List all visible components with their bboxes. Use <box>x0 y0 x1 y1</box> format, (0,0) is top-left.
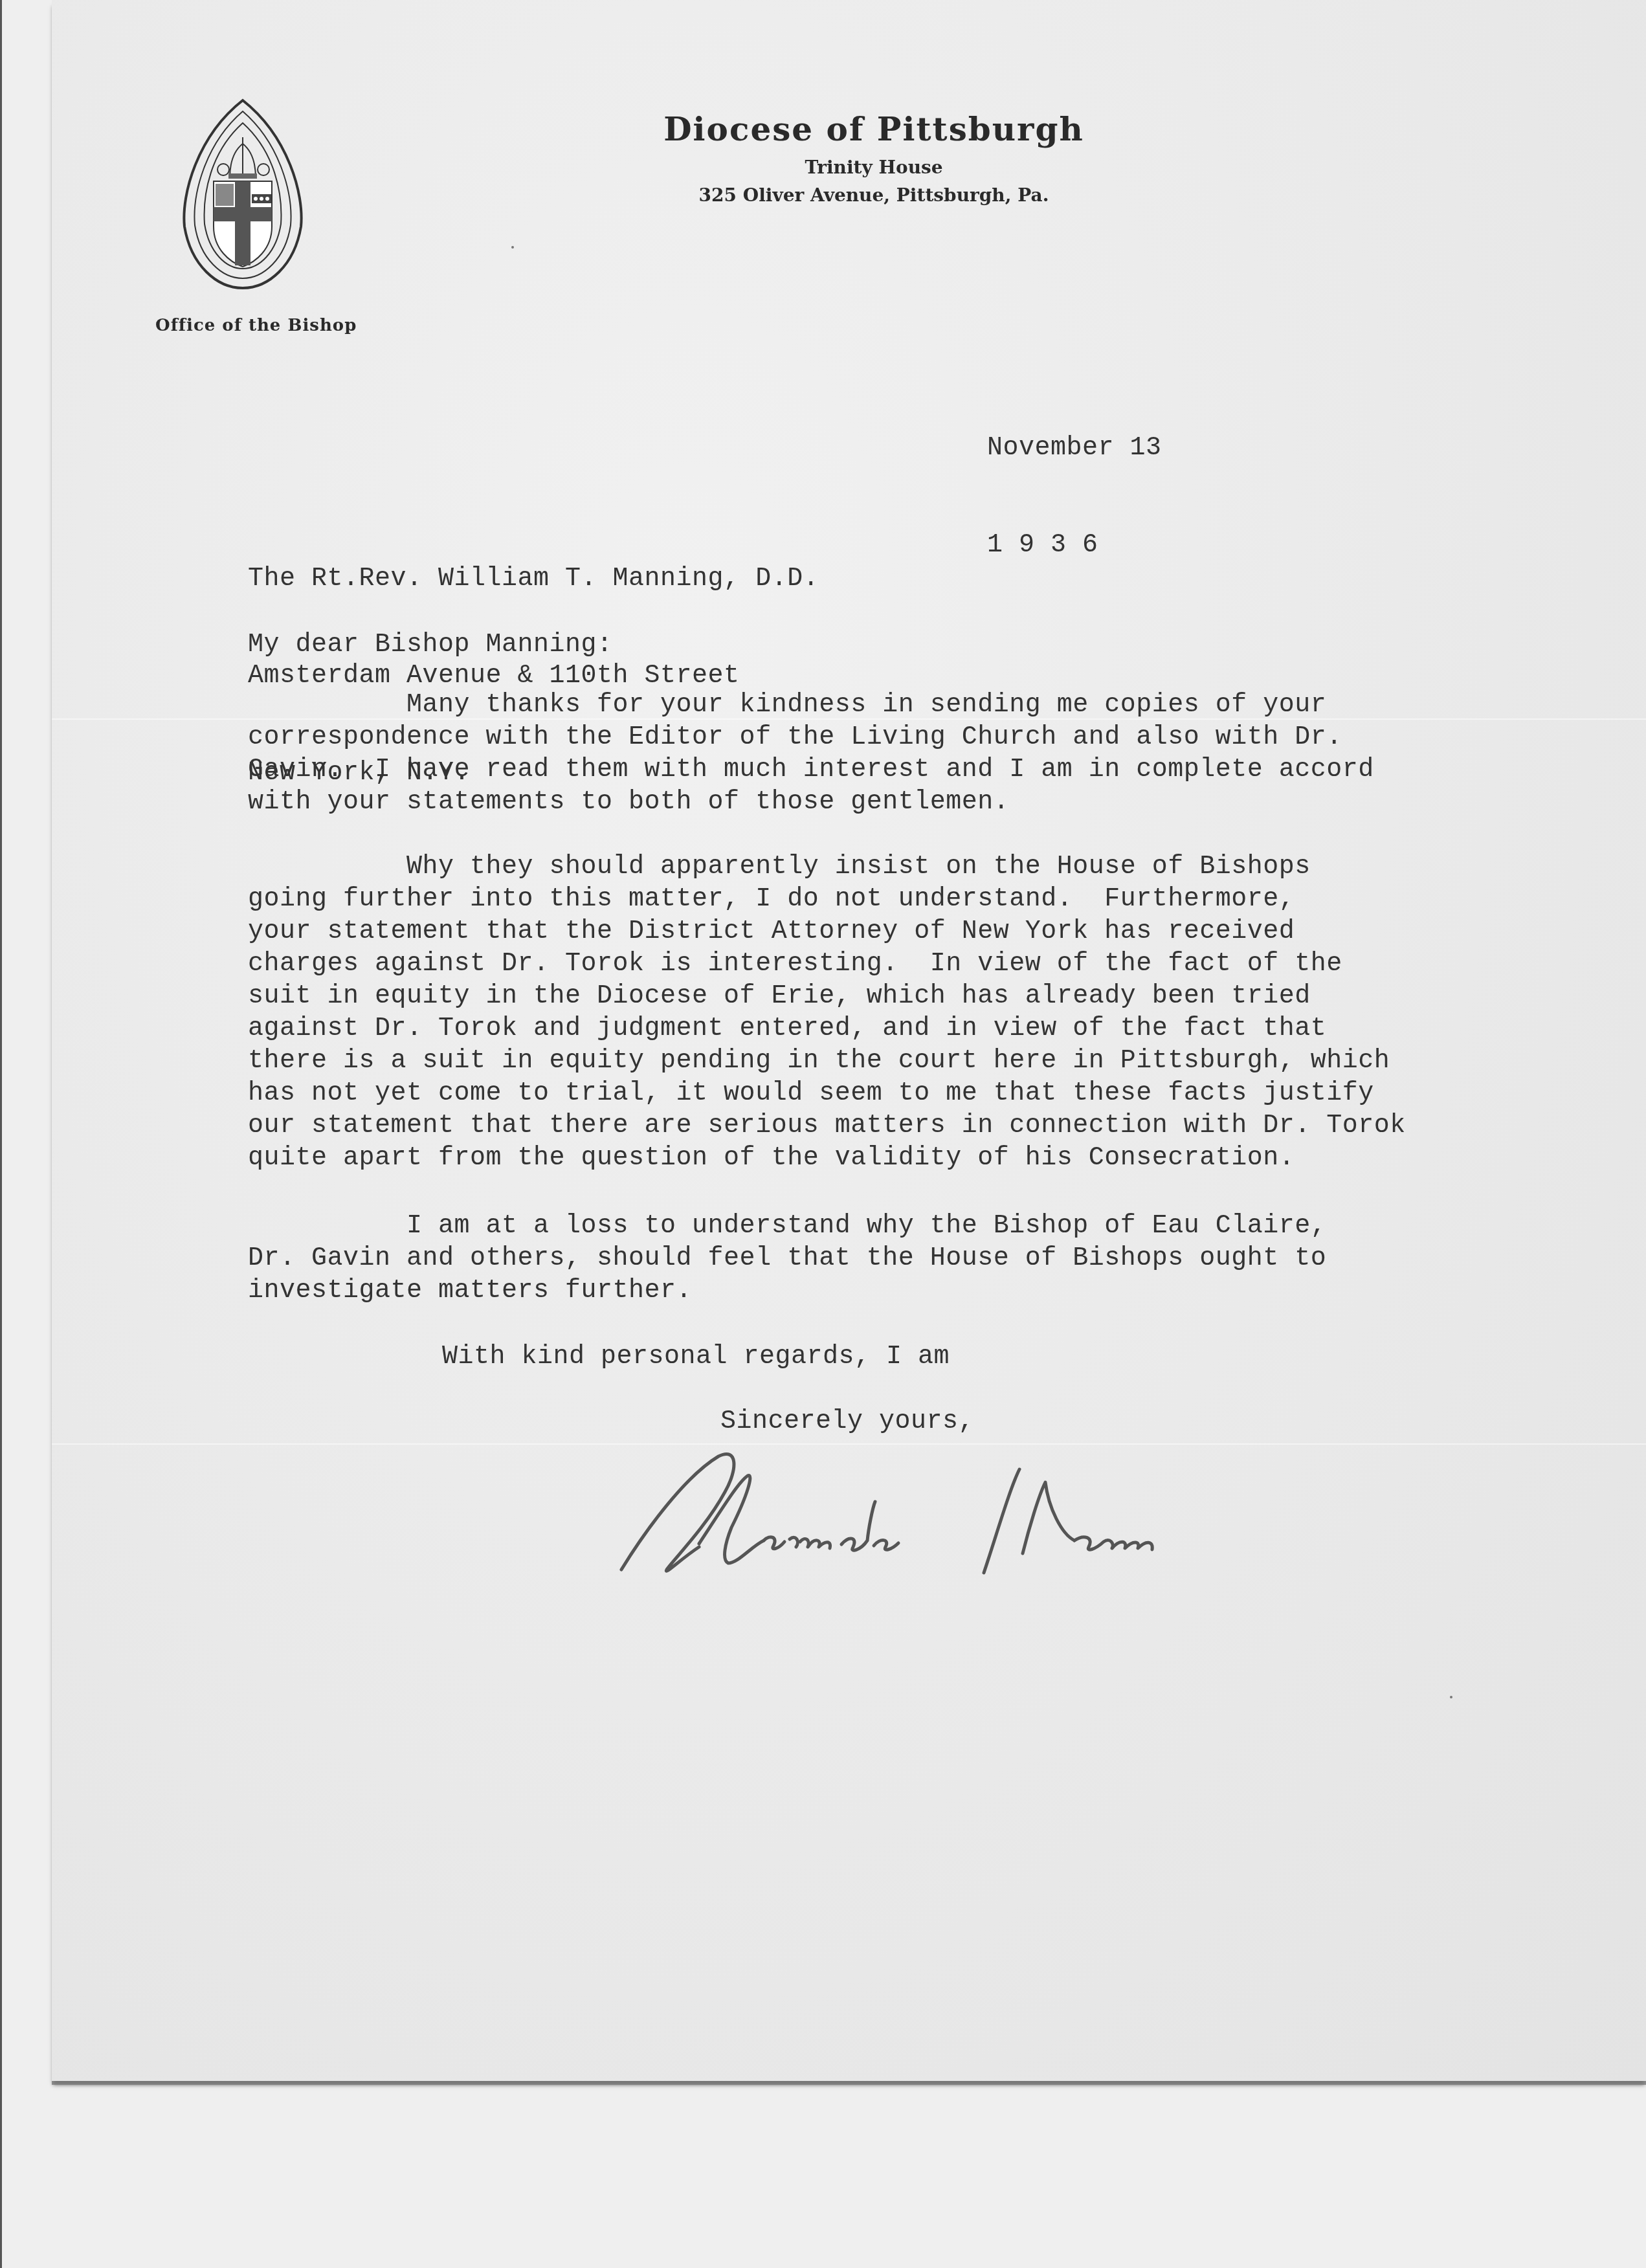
body-paragraph-3: I am at a loss to understand why the Bis… <box>248 1210 1326 1307</box>
scanner-edge <box>0 0 2 2268</box>
paper-speck <box>511 246 514 249</box>
letterhead-subtitle: Trinity House <box>647 153 1100 183</box>
diocese-title: Diocese of Pittsburgh <box>647 110 1100 149</box>
body-paragraph-1: Many thanks for your kindness in sending… <box>248 689 1374 819</box>
diocese-seal-icon <box>178 97 307 291</box>
recipient-street: Amsterdam Avenue & 110th Street <box>248 660 819 693</box>
office-of-the-bishop-label: Office of the Bishop <box>155 316 357 335</box>
letter-date: November 13 1 9 3 6 <box>987 368 1162 594</box>
handwritten-signature <box>608 1430 1418 1579</box>
paper-speck <box>1450 1696 1452 1698</box>
date-month-day: November 13 <box>987 432 1162 465</box>
body-paragraph-2: Why they should apparently insist on the… <box>248 851 1406 1175</box>
closing-regards: With kind personal regards, I am <box>442 1341 950 1373</box>
recipient-name: The Rt.Rev. William T. Manning, D.D. <box>248 563 819 595</box>
letterhead-address: 325 Oliver Avenue, Pittsburgh, Pa. <box>647 183 1100 208</box>
salutation: My dear Bishop Manning: <box>248 629 613 661</box>
date-year: 1 9 3 6 <box>987 529 1162 562</box>
letterhead: Diocese of Pittsburgh Trinity House 325 … <box>647 110 1100 208</box>
